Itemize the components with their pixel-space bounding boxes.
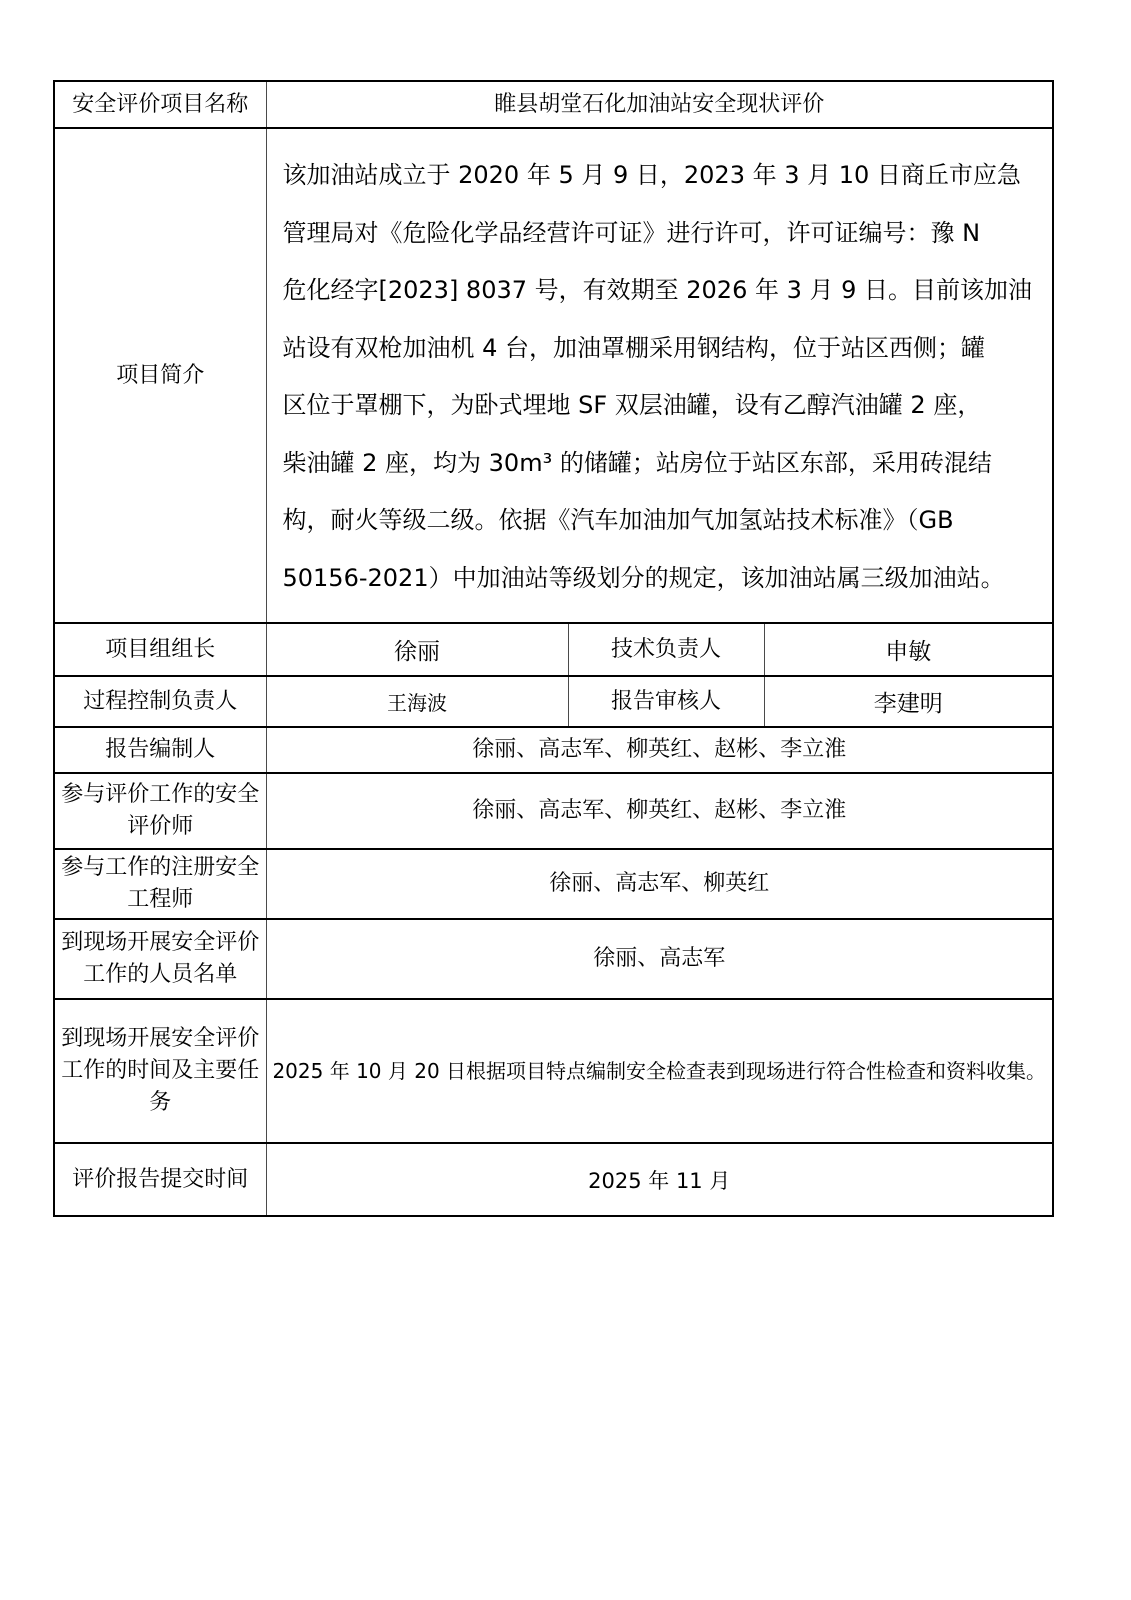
tech-director-value: 申敏 [764, 623, 1053, 676]
safety-evaluators-value: 徐丽、高志军、柳英红、赵彬、李立淮 [266, 773, 1053, 849]
team-leader-value: 徐丽 [266, 623, 568, 676]
table-row-registered-engineers: 参与工作的注册安全工程师 徐丽、高志军、柳英红 [54, 849, 1053, 919]
project-name-label: 安全评价项目名称 [54, 81, 266, 128]
document-page: 安全评价项目名称 睢县胡堂石化加油站安全现状评价 项目简介 该加油站成立于 20… [0, 0, 1131, 1600]
report-reviewer-value: 李建明 [764, 676, 1053, 727]
safety-evaluators-label: 参与评价工作的安全评价师 [54, 773, 266, 849]
process-control-label: 过程控制负责人 [54, 676, 266, 727]
project-intro-cell: 该加油站成立于 2020 年 5 月 9 日，2023 年 3 月 10 日商丘… [266, 128, 1053, 623]
table-row-site-task: 到现场开展安全评价工作的时间及主要任务 2025 年 10 月 20 日根据项目… [54, 999, 1053, 1143]
site-personnel-label: 到现场开展安全评价工作的人员名单 [54, 919, 266, 999]
process-control-value: 王海波 [266, 676, 568, 727]
team-leader-label: 项目组组长 [54, 623, 266, 676]
table-row-leaders: 项目组组长 徐丽 技术负责人 申敏 [54, 623, 1053, 676]
table-row-site-personnel: 到现场开展安全评价工作的人员名单 徐丽、高志军 [54, 919, 1053, 999]
table-row-project-name: 安全评价项目名称 睢县胡堂石化加油站安全现状评价 [54, 81, 1053, 128]
registered-engineers-label: 参与工作的注册安全工程师 [54, 849, 266, 919]
site-personnel-value: 徐丽、高志军 [266, 919, 1053, 999]
table-row-project-intro: 项目简介 该加油站成立于 2020 年 5 月 9 日，2023 年 3 月 1… [54, 128, 1053, 623]
table-row-report-authors: 报告编制人 徐丽、高志军、柳英红、赵彬、李立淮 [54, 727, 1053, 773]
project-name-value: 睢县胡堂石化加油站安全现状评价 [266, 81, 1053, 128]
project-intro-text: 该加油站成立于 2020 年 5 月 9 日，2023 年 3 月 10 日商丘… [267, 144, 1053, 607]
report-submit-label: 评价报告提交时间 [54, 1143, 266, 1216]
report-authors-value: 徐丽、高志军、柳英红、赵彬、李立淮 [266, 727, 1053, 773]
registered-engineers-value: 徐丽、高志军、柳英红 [266, 849, 1053, 919]
site-task-label: 到现场开展安全评价工作的时间及主要任务 [54, 999, 266, 1143]
project-intro-label: 项目简介 [54, 128, 266, 623]
table-row-report-submit: 评价报告提交时间 2025 年 11 月 [54, 1143, 1053, 1216]
report-submit-value: 2025 年 11 月 [266, 1143, 1053, 1216]
table-row-safety-evaluators: 参与评价工作的安全评价师 徐丽、高志军、柳英红、赵彬、李立淮 [54, 773, 1053, 849]
tech-director-label: 技术负责人 [568, 623, 764, 676]
report-reviewer-label: 报告审核人 [568, 676, 764, 727]
evaluation-info-table: 安全评价项目名称 睢县胡堂石化加油站安全现状评价 项目简介 该加油站成立于 20… [53, 80, 1054, 1217]
site-task-value: 2025 年 10 月 20 日根据项目特点编制安全检查表到现场进行符合性检查和… [266, 999, 1053, 1143]
table-row-control-review: 过程控制负责人 王海波 报告审核人 李建明 [54, 676, 1053, 727]
report-authors-label: 报告编制人 [54, 727, 266, 773]
